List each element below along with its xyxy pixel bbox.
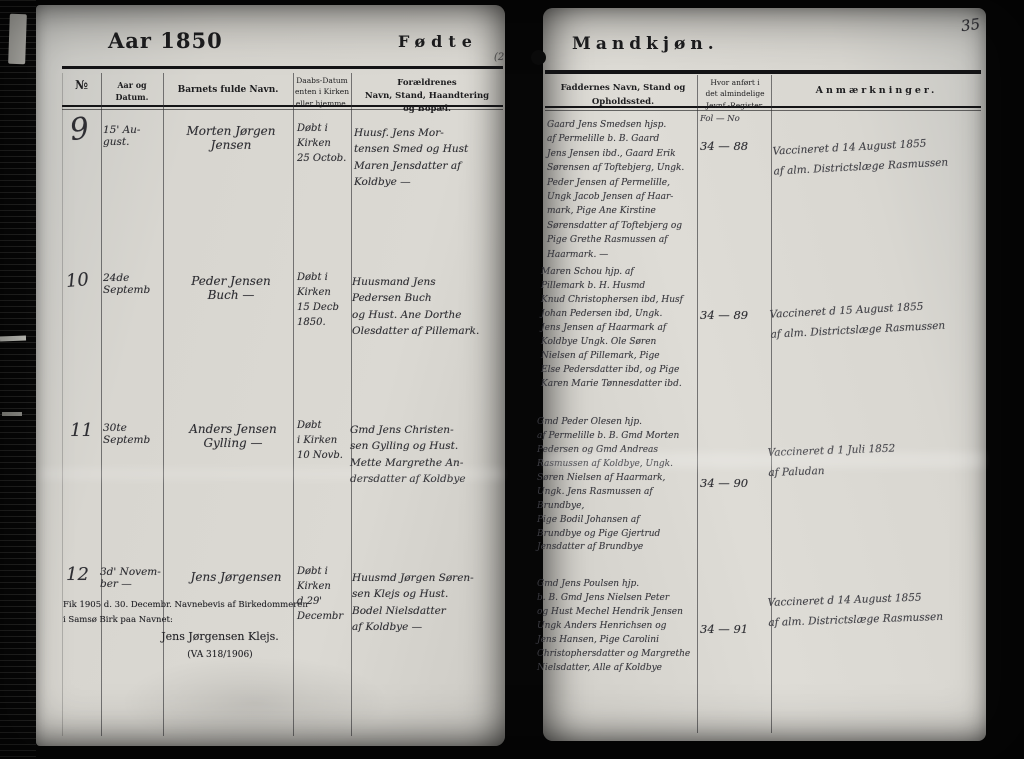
- record-11-godparents: Gmd Peder Olesen hjp. af Permelille b. B…: [537, 416, 699, 555]
- record-10-child-name: Peder Jensen Buch —: [170, 274, 292, 302]
- record-10-register: 34 — 89: [700, 308, 770, 322]
- record-11-date: 30te Septemb: [103, 422, 163, 446]
- record-9-register-head: Fol — No: [700, 114, 770, 124]
- section-title-fodte: Fødte: [398, 32, 478, 51]
- record-10-godparents: Maren Schou hjp. af Pillemark b. H. Husm…: [541, 266, 699, 391]
- column-header-date: Aar og Datum.: [101, 79, 163, 103]
- record-10-baptism: Døbt i Kirken 15 Decb 1850.: [297, 270, 353, 330]
- record-12-godparents: Gmd Jens Poulsen hjp. b. B. Gmd Jens Nie…: [537, 578, 699, 676]
- left-top-rule: [62, 66, 503, 69]
- column-line: [62, 73, 63, 736]
- page-stack-mark: [2, 412, 22, 416]
- record-12-later-note-ref: (VA 318/1906): [150, 650, 290, 660]
- gutter-pencil-mark: (2: [494, 52, 504, 63]
- column-header-register: Hvor anført i det almindelige Jevnf.-Reg…: [699, 77, 771, 111]
- column-header-remarks: Anmærkninger.: [773, 85, 980, 96]
- ink-blot: [531, 50, 546, 65]
- record-12-parents: Huusmd Jørgen Søren- sen Klejs og Hust. …: [352, 570, 508, 635]
- record-9-child-name: Morten Jørgen Jensen: [170, 124, 292, 152]
- column-header-godparents: Faddernes Navn, Stand og Opholdssted.: [549, 82, 697, 109]
- year-title: Aar 1850: [108, 28, 223, 53]
- record-12-later-note: Fik 1905 d. 30. Decembr. Navnebevis af B…: [63, 598, 363, 629]
- record-12-later-note-name: Jens Jørgensen Klejs.: [130, 630, 310, 643]
- record-9-godparents: Gaard Jens Smedsen hjsp. af Permelille b…: [547, 118, 697, 262]
- record-12-register: 34 — 91: [700, 622, 770, 636]
- record-11-child-name: Anders Jensen Gylling —: [168, 422, 298, 450]
- column-line: [101, 73, 102, 736]
- column-header-baptism: Daabs-Datum enten i Kirken eller hjemme.: [293, 75, 351, 109]
- paper-stain: [120, 655, 390, 750]
- record-11-register: 34 — 90: [700, 476, 770, 490]
- page-number: 35: [960, 15, 981, 35]
- scan-light-band: [40, 468, 502, 480]
- record-12-number: 12: [66, 564, 89, 585]
- section-title-mandkjon: Mandkjøn.: [572, 34, 719, 54]
- record-9-register: 34 — 88: [700, 139, 770, 153]
- column-line: [351, 73, 352, 736]
- page-stack-highlight: [8, 14, 27, 65]
- record-11-number: 11: [70, 420, 93, 441]
- record-10-number: 10: [65, 269, 90, 292]
- record-9-date: 15' Au- gust.: [103, 124, 163, 148]
- church-book-scan: Aar 1850 Fødte Mandkjøn. 35 (2 № Aar og …: [0, 0, 1024, 759]
- column-line: [771, 75, 772, 733]
- column-header-parents: Forældrenes Navn, Stand, Haandtering og …: [351, 77, 503, 115]
- scan-light-band: [545, 452, 983, 468]
- record-12-child-name: Jens Jørgensen: [170, 570, 302, 584]
- right-top-rule: [545, 70, 981, 74]
- record-9-parents: Huusf. Jens Mor- tensen Smed og Hust Mar…: [354, 125, 506, 190]
- record-12-date: 3d' Novem- ber —: [100, 566, 164, 590]
- column-header-name: Barnets fulde Navn.: [163, 85, 293, 95]
- record-10-date: 24de Septemb: [103, 272, 163, 296]
- page-stack-edge: [0, 0, 36, 759]
- record-10-parents: Huusmand Jens Pedersen Buch og Hust. Ane…: [352, 274, 508, 339]
- record-11-baptism: Døbt i Kirken 10 Novb.: [297, 418, 353, 463]
- page-stack-mark: [0, 336, 26, 342]
- record-12-remarks: Vaccineret d 14 August 1855 af alm. Dist…: [767, 586, 993, 634]
- record-9-baptism: Døbt i Kirken 25 Octob.: [297, 121, 353, 166]
- column-header-number: №: [62, 78, 101, 92]
